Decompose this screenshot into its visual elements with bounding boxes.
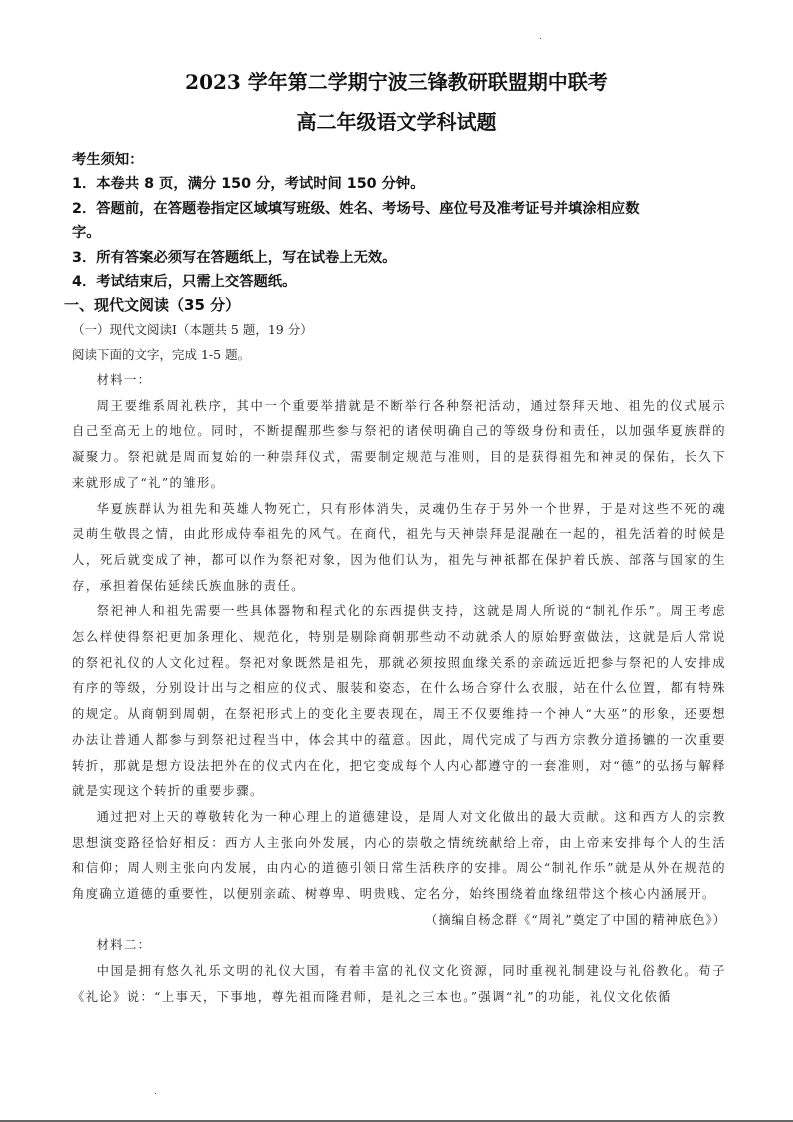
scan-mark	[540, 38, 541, 39]
subsection-heading: （一）现代文阅读Ⅰ（本题共 5 题，19 分）	[72, 320, 313, 338]
notice-item: 3．所有答案必须写在答题纸上，写在试卷上无效。	[72, 246, 732, 270]
notice-item: 2．答题前，在答题卷指定区域填写班级、姓名、考场号、座位号及准考证号并填涂相应数	[72, 197, 732, 221]
paragraph: 祭祀神人和祖先需要一些具体器物和程式化的东西提供支持，这就是周人所说的“制礼作乐…	[72, 599, 726, 805]
paragraph: 周王要维系周礼秩序，其中一个重要举措就是不断举行各种祭祀活动，通过祭拜天地、祖先…	[72, 394, 726, 497]
material-label: 材料一：	[72, 368, 726, 394]
section-heading: 一、现代文阅读（35 分）	[64, 294, 240, 315]
notice-item: 4．考试结束后，只需上交答题纸。	[72, 270, 732, 294]
reading-instruction: 阅读下面的文字，完成 1-5 题。	[72, 345, 250, 363]
exam-title: 2023 学年第二学期宁波三锋教研联盟期中联考	[0, 66, 793, 95]
paragraph: 中国是拥有悠久礼乐文明的礼仪大国，有着丰富的礼仪文化资源，同时重视礼制建设与礼俗…	[72, 959, 726, 1010]
notice-item: 字。	[72, 221, 732, 245]
material-label: 材料二：	[72, 933, 726, 959]
exam-subtitle: 高二年级语文学科试题	[0, 106, 793, 135]
notice-heading: 考生须知：	[72, 148, 732, 172]
paragraph: 通过把对上天的尊敬转化为一种心理上的道德建设，是周人对文化做出的最大贡献。这和西…	[72, 805, 726, 908]
scan-mark	[155, 1093, 156, 1094]
notice-item: 1．本卷共 8 页，满分 150 分，考试时间 150 分钟。	[72, 172, 732, 196]
paragraph: 华夏族群认为祖先和英雄人物死亡，只有形体消失，灵魂仍生存于另外一个世界，于是对这…	[72, 497, 726, 600]
reading-passage: 材料一： 周王要维系周礼秩序，其中一个重要举措就是不断举行各种祭祀活动，通过祭拜…	[72, 368, 726, 1011]
candidate-notice: 考生须知： 1．本卷共 8 页，满分 150 分，考试时间 150 分钟。 2．…	[72, 148, 732, 294]
exam-page: 2023 学年第二学期宁波三锋教研联盟期中联考 高二年级语文学科试题 考生须知：…	[0, 0, 793, 1122]
source-citation: （摘编自杨念群《“周礼”奠定了中国的精神底色》）	[72, 908, 726, 934]
